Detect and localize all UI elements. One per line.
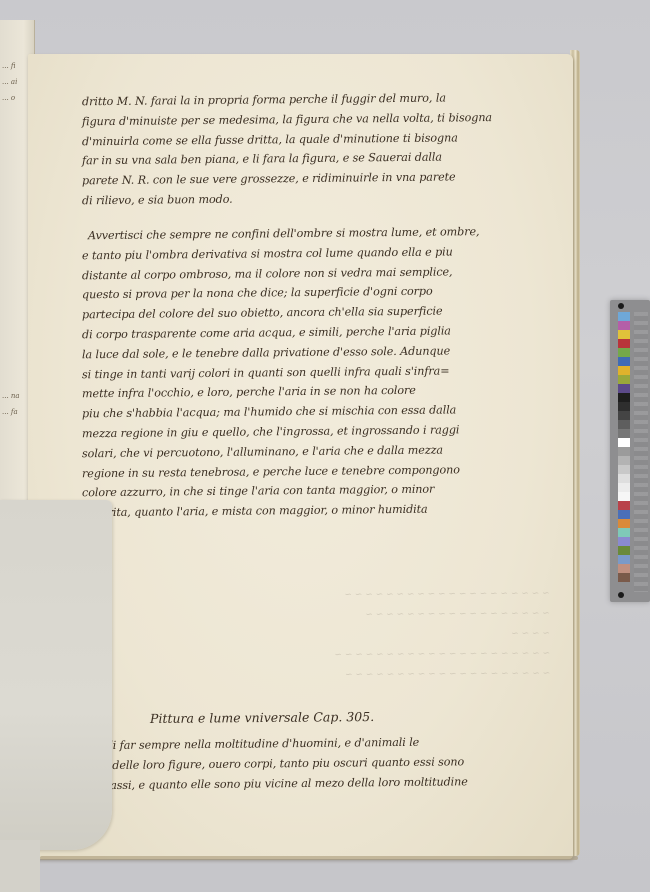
paragraph-3: Vsa di far sempre nella moltitudine d'hu… bbox=[82, 734, 522, 793]
chapter-heading: Pittura e lume vniversale Cap. 305. bbox=[150, 709, 374, 726]
text-line: oscurita, quanto l'aria, e mista con mag… bbox=[82, 499, 522, 523]
color-swatch bbox=[618, 501, 630, 510]
color-swatch bbox=[618, 402, 630, 411]
color-swatch bbox=[618, 519, 630, 528]
target-scale-labels bbox=[634, 312, 648, 592]
paragraph-2: Avvertisci che sempre ne confini dell'om… bbox=[82, 224, 522, 521]
color-swatch bbox=[618, 564, 630, 573]
color-swatch bbox=[618, 456, 630, 465]
left-page-note: ... fa bbox=[2, 406, 18, 418]
color-swatch bbox=[618, 555, 630, 564]
color-swatch bbox=[618, 573, 630, 582]
left-page-note: ... ai bbox=[2, 76, 17, 88]
target-hole-icon bbox=[618, 303, 624, 309]
color-swatch bbox=[618, 321, 630, 330]
text-line: piu bassi, e quanto elle sono piu vicine… bbox=[82, 771, 522, 795]
left-page-note: ... fi bbox=[2, 60, 16, 72]
color-swatch bbox=[618, 447, 630, 456]
color-swatch bbox=[618, 492, 630, 501]
color-swatch bbox=[618, 357, 630, 366]
color-swatch bbox=[618, 420, 630, 429]
left-page-note: ... na bbox=[2, 390, 20, 402]
color-swatch bbox=[618, 375, 630, 384]
color-swatch bbox=[618, 537, 630, 546]
color-swatch bbox=[618, 312, 630, 321]
color-swatch bbox=[618, 411, 630, 420]
color-swatch bbox=[618, 465, 630, 474]
flyleaf-lower-fold bbox=[0, 840, 40, 892]
color-swatch bbox=[618, 393, 630, 402]
bleed-line: ~ ~ ~ ~ ~ ~ ~ ~ ~ ~ ~ ~ ~ ~ ~ ~ ~ ~ ~ ~ bbox=[190, 664, 550, 687]
color-swatch bbox=[618, 339, 630, 348]
target-hole-icon bbox=[618, 592, 624, 598]
color-swatch bbox=[618, 438, 630, 447]
color-swatch bbox=[618, 348, 630, 357]
page-bottom-edge bbox=[40, 856, 578, 860]
bleed-line: ~ ~ ~ ~ ~ ~ ~ ~ ~ ~ ~ ~ ~ ~ ~ ~ ~ ~ ~ ~ … bbox=[190, 644, 550, 667]
color-swatch bbox=[618, 474, 630, 483]
bleed-through-text: ~ ~ ~ ~ ~ ~ ~ ~ ~ ~ ~ ~ ~ ~ ~ ~ ~ ~ ~ ~ … bbox=[190, 584, 551, 707]
paragraph-1: dritto M. N. farai la in propria forma p… bbox=[82, 90, 522, 209]
bleed-line: ~ ~ ~ ~ ~ ~ ~ ~ ~ ~ ~ ~ ~ ~ ~ ~ ~ ~ bbox=[190, 604, 550, 627]
color-calibration-target bbox=[610, 300, 650, 602]
color-swatch bbox=[618, 546, 630, 555]
color-swatches bbox=[618, 312, 630, 582]
color-swatch bbox=[618, 366, 630, 375]
folded-flyleaf bbox=[0, 500, 112, 850]
left-page-note: ... o bbox=[2, 92, 15, 104]
color-swatch bbox=[618, 510, 630, 519]
bleed-line: ~ ~ ~ ~ bbox=[190, 624, 550, 647]
text-line: di rilievo, e sia buon modo. bbox=[82, 187, 522, 211]
color-swatch bbox=[618, 483, 630, 492]
color-swatch bbox=[618, 429, 630, 438]
color-swatch bbox=[618, 330, 630, 339]
bleed-line: ~ ~ ~ ~ ~ ~ ~ ~ ~ ~ ~ ~ ~ ~ ~ ~ ~ ~ ~ ~ bbox=[190, 584, 550, 607]
color-swatch bbox=[618, 528, 630, 537]
color-swatch bbox=[618, 384, 630, 393]
